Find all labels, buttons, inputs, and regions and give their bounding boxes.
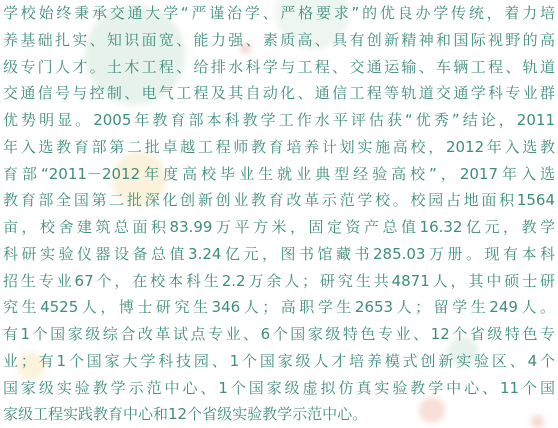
text-line-5: 优势明显。2005年教育部本科教学工作水平评估获“优秀”结论，2011 (3, 107, 555, 134)
text-line-16: 家级工程实践教育中心和12个省级实验教学示范中心。 (3, 401, 555, 428)
text-line-1: 学校始终秉承交通大学“严谨治学、严格要求”的优良办学传统，着力培 (3, 0, 555, 27)
text-line-14: 业；有1个国家大学科技园、1个国家级人才培养模式创新实验区、4个 (3, 348, 555, 375)
text-line-4: 交通信号与控制、电气工程及其自动化、通信工程等轨道交通学科专业群 (3, 80, 555, 107)
text-line-6: 年入选教育部第二批卓越工程师教育培养计划实施高校，2012年入选教 (3, 134, 555, 161)
text-line-2: 养基础扎实、知识面宽、能力强、素质高、具有创新精神和国际视野的高 (3, 27, 555, 54)
text-line-9: 亩，校舍建筑总面积83.99万平方米，固定资产总值16.32亿元，教学 (3, 214, 555, 241)
intro-paragraph: 学校始终秉承交通大学“严谨治学、严格要求”的优良办学传统，着力培 养基础扎实、知… (0, 0, 558, 428)
text-line-8: 教育部全国第二批深化创新创业教育改革示范学校。校园占地面积1564 (3, 187, 555, 214)
text-line-10: 科研实验仪器设备总值3.24亿元，图书馆藏书285.03万册。现有本科 (3, 241, 555, 268)
text-line-11: 招生专业67个，在校本科生2.2万余人；研究生共4871人，其中硕士研 (3, 268, 555, 295)
text-line-7: 育部“2011－2012年度高校毕业生就业典型经验高校”，2017年入选 (3, 161, 555, 188)
text-line-15: 国家级实验教学示范中心、1个国家级虚拟仿真实验教学中心、11个国 (3, 375, 555, 402)
text-line-3: 级专门人才。土木工程、给排水科学与工程、交通运输、车辆工程、轨道 (3, 54, 555, 81)
text-line-12: 究生4525人，博士研究生346人；高职学生2653人；留学生249人。 (3, 294, 555, 321)
text-line-13: 有1个国家级综合改革试点专业、6个国家级特色专业、12个省级特色专 (3, 321, 555, 348)
